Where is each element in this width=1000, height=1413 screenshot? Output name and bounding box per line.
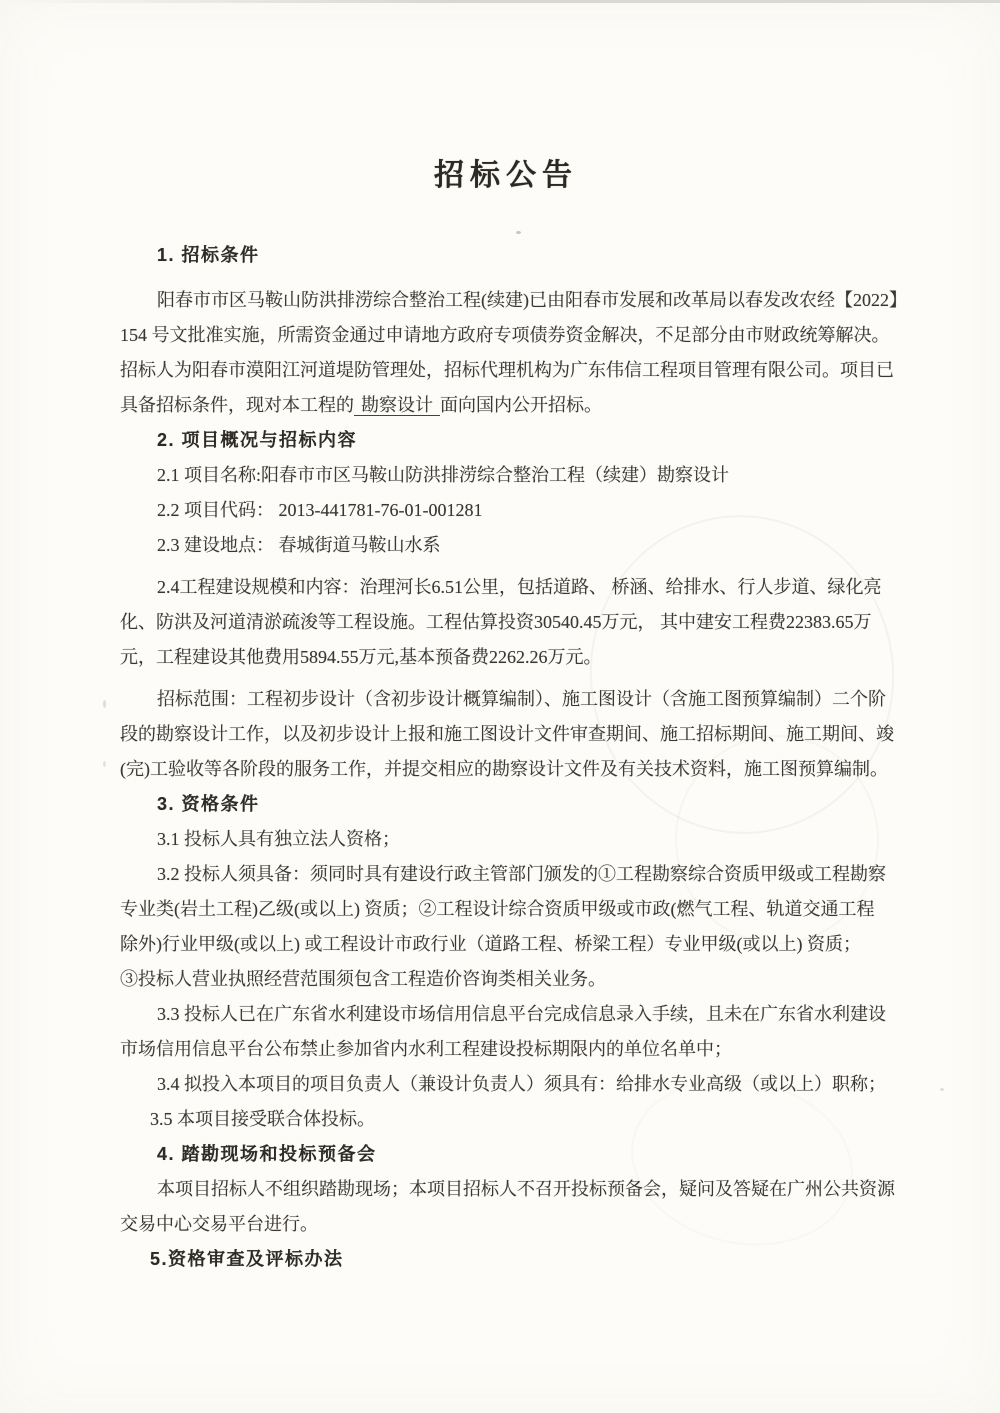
item-2-4-line: 元，工程建设其他费用5894.55万元,基本预备费2262.26万元。 xyxy=(120,640,892,675)
bid-scope-line: (完)工验收等各阶段的服务工作，并提交相应的勘察设计文件及有关技术资料，施工图预… xyxy=(120,752,892,787)
item-3-2-line: 除外)行业甲级(或以上) 或工程设计市政行业（道路工程、桥梁工程）专业甲级(或以… xyxy=(120,927,892,962)
section-4-paragraph-line: 本项目招标人不组织踏勘现场；本项目招标人不召开投标预备会，疑问及答疑在广州公共资… xyxy=(120,1172,892,1207)
section-1-paragraph-line: 154 号文批准实施，所需资金通过申请地方政府专项债券资金解决，不足部分由市财政… xyxy=(120,318,892,353)
item-3-2-line: ③投标人营业执照经营范围须包含工程造价咨询类相关业务。 xyxy=(120,962,892,997)
item-3-4: 3.4 拟投入本项目的项目负责人（兼设计负责人）须具有：给排水专业高级（或以上）… xyxy=(120,1067,892,1102)
bid-scope-line: 段的勘察设计工作，以及初步设计上报和施工图设计文件审查期间、施工招标期间、施工期… xyxy=(120,717,892,752)
item-2-3: 2.3 建设地点： 春城街道马鞍山水系 xyxy=(120,528,892,563)
section-1-paragraph-line: 阳春市市区马鞍山防洪排涝综合整治工程(续建)已由阳春市发展和改革局以春发改农经【… xyxy=(120,283,892,318)
document-title: 招标公告 xyxy=(120,150,892,194)
scanned-document-page: 招标公告 1. 招标条件 阳春市市区马鞍山防洪排涝综合整治工程(续建)已由阳春市… xyxy=(0,0,1000,1413)
section-4-heading: 4. 踏勘现场和投标预备会 xyxy=(120,1137,892,1172)
section-4-paragraph-line: 交易中心交易平台进行。 xyxy=(120,1207,892,1242)
item-2-4-line: 化、防洪及河道清淤疏浚等工程设施。工程估算投资30540.45万元， 其中建安工… xyxy=(120,605,892,640)
section-5-heading: 5.资格审查及评标办法 xyxy=(120,1242,892,1277)
item-3-1: 3.1 投标人具有独立法人资格； xyxy=(120,822,892,857)
item-2-2: 2.2 项目代码： 2013-441781-76-01-001281 xyxy=(120,493,892,528)
section-1-paragraph-line: 具备招标条件，现对本工程的勘察设计面向国内公开招标。 xyxy=(120,388,892,423)
text-after-underline: 面向国内公开招标。 xyxy=(440,395,602,415)
item-3-3-line: 3.3 投标人已在广东省水利建设市场信用信息平台完成信息录入手续，且未在广东省水… xyxy=(120,997,892,1032)
section-1-paragraph-line: 招标人为阳春市漠阳江河道堤防管理处，招标代理机构为广东伟信工程项目管理有限公司。… xyxy=(120,353,892,388)
section-2-heading: 2. 项目概况与招标内容 xyxy=(120,423,892,458)
scan-speck xyxy=(103,700,106,708)
bid-scope-line: 招标范围：工程初步设计（含初步设计概算编制）、施工图设计（含施工图预算编制）二个… xyxy=(120,682,892,717)
scan-speck xyxy=(103,761,106,767)
section-3-heading: 3. 资格条件 xyxy=(120,787,892,822)
item-2-1: 2.1 项目名称:阳春市市区马鞍山防洪排涝综合整治工程（续建）勘察设计 xyxy=(120,458,892,493)
item-3-5: 3.5 本项目接受联合体投标。 xyxy=(120,1102,892,1137)
text-before-underline: 具备招标条件，现对本工程的 xyxy=(120,395,354,415)
document-body: 招标公告 1. 招标条件 阳春市市区马鞍山防洪排涝综合整治工程(续建)已由阳春市… xyxy=(120,0,892,1277)
underlined-term: 勘察设计 xyxy=(354,395,440,416)
item-2-4-line: 2.4工程建设规模和内容：治理河长6.51公里，包括道路、 桥涵、给排水、行人步… xyxy=(120,570,892,605)
section-1-heading: 1. 招标条件 xyxy=(120,238,892,273)
item-3-2-line: 专业类(岩土工程)乙级(或以上) 资质；②工程设计综合资质甲级或市政(燃气工程、… xyxy=(120,892,892,927)
item-3-3-line: 市场信用信息平台公布禁止参加省内水利工程建设投标期限内的单位名单中； xyxy=(120,1032,892,1067)
scan-speck xyxy=(940,1088,944,1091)
item-3-2-line: 3.2 投标人须具备：须同时具有建设行政主管部门颁发的①工程勘察综合资质甲级或工… xyxy=(120,857,892,892)
